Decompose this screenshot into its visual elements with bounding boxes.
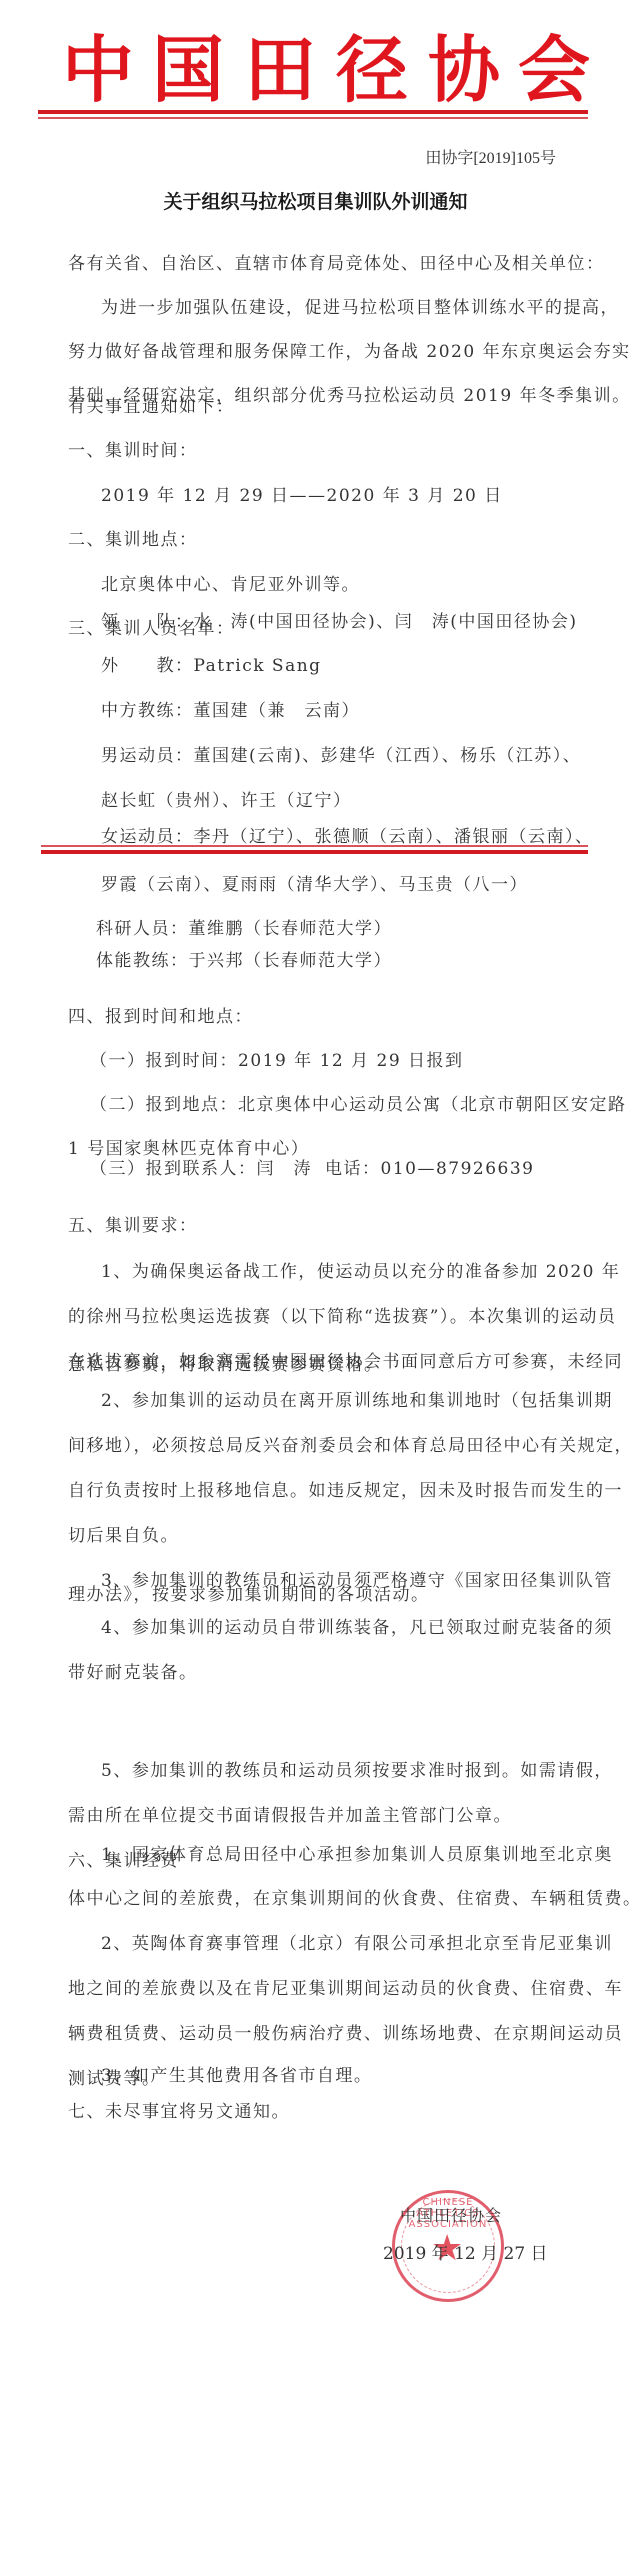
funding-line-f3: 3、如产生其他费用各省市自理。 [101, 2065, 372, 2087]
male-athletes: 男运动员：董国建(云南)、彭建华（江西）、杨乐（江苏）、 [101, 745, 581, 767]
funding-line: 1、国家体育总局田径中心承担参加集训人员原集训地至北京奥 [101, 1844, 613, 1866]
fitness-coach: 体能教练：于兴邦（长春师范大学） [96, 950, 392, 972]
requirement-line: 4、参加集训的运动员自带训练装备，凡已领取过耐克装备的须 [101, 1617, 613, 1639]
letterhead-char: 中 [62, 30, 134, 110]
document-title: 关于组织马拉松项目集训队外训通知 [0, 187, 631, 214]
funding-line: 2、英陶体育赛事管理（北京）有限公司承担北京至肯尼亚集训 [101, 1933, 613, 1955]
section-heading: 一、集训时间： [68, 440, 198, 462]
funding-line: 地之间的差旅费以及在肯尼亚集训期间运动员的伙食费、住宿费、车 [68, 1978, 623, 2000]
requirement-line: 自行负责按时上报移地信息。如违反规定，因未及时报告而发生的一 [68, 1480, 623, 1502]
intro-line: 努力做好备战管理和服务保障工作，为备战 2020 年东京奥运会夯实 [68, 341, 631, 363]
requirement-line-end: 意私自参赛，将取消选拔赛参赛资格。 [68, 1354, 383, 1376]
requirement-line: 带好耐克装备。 [68, 1662, 198, 1684]
researcher: 科研人员：董维鹏（长春师范大学） [96, 918, 392, 940]
requirement-line: 的徐州马拉松奥运选拔赛（以下简称“选拔赛”）。本次集训的运动员 [68, 1306, 616, 1328]
section-heading: 七、未尽事宜将另文通知。 [68, 2101, 290, 2123]
section-heading: 五、集训要求： [68, 1215, 198, 1237]
report-time: （一）报到时间：2019 年 12 月 29 日报到 [90, 1050, 464, 1072]
requirement-line: 2、参加集训的运动员在离开原训练地和集训地时（包括集训期 [101, 1390, 613, 1412]
foreign-coach: 外 教：Patrick Sang [101, 655, 322, 677]
funding-line: 辆费租赁费、运动员一般伤病治疗费、训练场地费、在京期间运动员 [68, 2023, 623, 2045]
intro-line-4: 有关事宜通知如下： [68, 396, 235, 418]
letterhead-rule-thick [38, 110, 588, 114]
training-period: 2019 年 12 月 29 日——2020 年 3 月 20 日 [101, 485, 503, 507]
training-location: 北京奥体中心、肯尼亚外训等。 [101, 574, 360, 596]
report-contact: （三）报到联系人：闫 涛 [90, 1158, 312, 1180]
letterhead-char: 田 [244, 30, 316, 110]
section-heading: 二、集训地点： [68, 529, 198, 551]
report-place-cont: 1 号国家奥林匹克体育中心） [68, 1138, 309, 1160]
chinese-coach: 中方教练：董国建（兼 云南） [101, 700, 360, 722]
letterhead-char: 径 [336, 30, 408, 110]
requirement-line: 切后果自负。 [68, 1525, 179, 1547]
leaders-text: 领 队：水 涛(中国田径协会)、闫 涛(中国田径协会) [101, 611, 578, 633]
letterhead-char: 国 [152, 30, 224, 110]
letterhead-char: 协 [428, 30, 500, 110]
letterhead-char: 会 [518, 30, 590, 110]
section-heading: 四、报到时间和地点： [68, 1006, 253, 1028]
document-number: 田协字[2019]105号 [425, 145, 556, 168]
female-athletes-cont: 罗霞（云南）、夏雨雨（清华大学）、马玉贵（八一） [101, 874, 528, 896]
page-break-rule-thin [41, 845, 588, 847]
requirement-line: 理办法》，按要求参加集训期间的各项活动。 [68, 1584, 430, 1606]
requirement-line: 间移地），必须按总局反兴奋剂委员会和体育总局田径中心有关规定， [68, 1435, 631, 1457]
report-place: （二）报到地点：北京奥体中心运动员公寓（北京市朝阳区安定路 [90, 1094, 627, 1116]
signature-org: 中国田径协会 [400, 2203, 502, 2226]
requirement-line: 5、参加集训的教练员和运动员须按要求准时报到。如需请假， [101, 1760, 613, 1782]
report-phone: 电话：010—87926639 [325, 1158, 534, 1180]
page-break-rule-thick [41, 850, 588, 854]
signature-date: 2019 年 12 月 27 日 [383, 2239, 548, 2264]
requirement-line: 1、为确保奥运备战工作，使运动员以充分的准备参加 2020 年 [101, 1261, 620, 1283]
letterhead-rule-thin [38, 117, 588, 119]
intro-line: 为进一步加强队伍建设，促进马拉松项目整体训练水平的提高， [101, 297, 619, 319]
male-athletes-cont: 赵长虹（贵州）、许王（辽宁） [101, 790, 352, 812]
salutation: 各有关省、自治区、直辖市体育局竞体处、田径中心及相关单位： [68, 253, 605, 275]
funding-line: 体中心之间的差旅费，在京集训期间的伙食费、住宿费、车辆租赁费。 [68, 1888, 631, 1910]
requirement-line: 需由所在单位提交书面请假报告并加盖主管部门公章。 [68, 1805, 512, 1827]
